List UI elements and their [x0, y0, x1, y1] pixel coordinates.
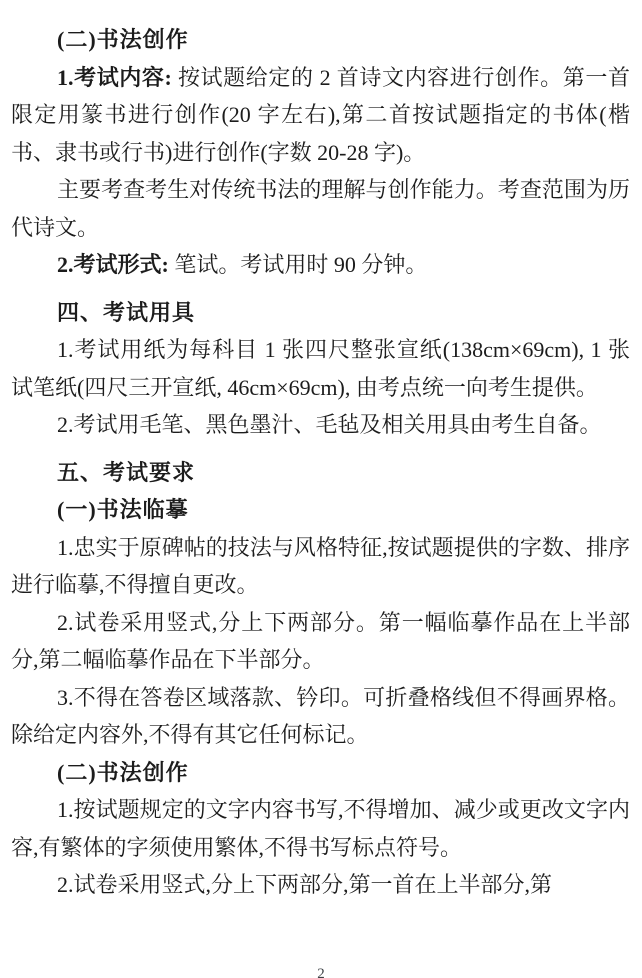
paragraph-copying-rule-1: 1.忠实于原碑帖的技法与风格特征,按试题提供的字数、排序进行临摹,不得擅自更改。: [11, 529, 630, 604]
paragraph-lead-exam-content: 1.考试内容:: [57, 65, 172, 90]
section-heading-exam-tools: 四、考试用具: [11, 294, 630, 332]
paragraph-exam-scope: 主要考查考生对传统书法的理解与创作能力。考查范围为历代诗文。: [11, 171, 630, 246]
subsection-heading-calligraphy-copying: (一)书法临摹: [11, 491, 630, 529]
document-content: (二)书法创作 1.考试内容: 按试题给定的 2 首诗文内容进行创作。第一首限定…: [11, 21, 630, 904]
paragraph-creation-rule-1: 1.按试题规定的文字内容书写,不得增加、减少或更改文字内容,有繁体的字须使用繁体…: [11, 791, 630, 866]
paragraph-lead-exam-format: 2.考试形式:: [57, 252, 169, 277]
paragraph-exam-format: 2.考试形式: 笔试。考试用时 90 分钟。: [11, 246, 630, 284]
document-page: (二)书法创作 1.考试内容: 按试题给定的 2 首诗文内容进行创作。第一首限定…: [0, 0, 642, 978]
paragraph-exam-supplies: 2.考试用毛笔、黑色墨汁、毛毡及相关用具由考生自备。: [11, 406, 630, 444]
paragraph-exam-content: 1.考试内容: 按试题给定的 2 首诗文内容进行创作。第一首限定用篆书进行创作(…: [11, 59, 630, 172]
paragraph-exam-paper: 1.考试用纸为每科目 1 张四尺整张宣纸(138cm×69cm), 1 张试笔纸…: [11, 331, 630, 406]
subsection-heading-calligraphy-creation: (二)书法创作: [11, 21, 630, 59]
paragraph-text: 笔试。考试用时 90 分钟。: [169, 252, 428, 277]
paragraph-copying-rule-2: 2.试卷采用竖式,分上下两部分。第一幅临摹作品在上半部分,第二幅临摹作品在下半部…: [11, 604, 630, 679]
section-heading-exam-requirements: 五、考试要求: [11, 454, 630, 492]
paragraph-copying-rule-3: 3.不得在答卷区域落款、钤印。可折叠格线但不得画界格。除给定内容外,不得有其它任…: [11, 679, 630, 754]
paragraph-creation-rule-2: 2.试卷采用竖式,分上下两部分,第一首在上半部分,第: [11, 866, 630, 904]
page-number: 2: [308, 966, 334, 978]
subsection-heading-calligraphy-creation-2: (二)书法创作: [11, 754, 630, 792]
